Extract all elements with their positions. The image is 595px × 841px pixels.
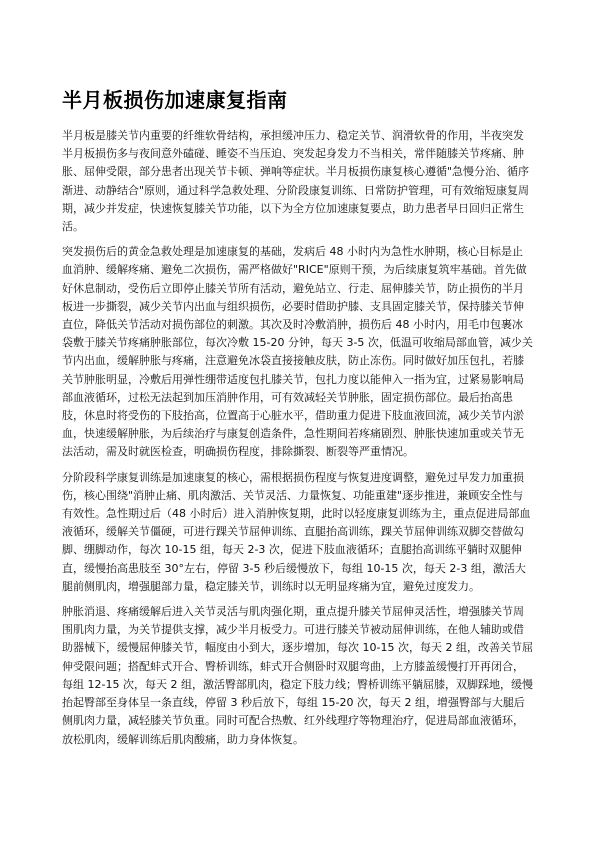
paragraph-strengthening: 肿胀消退、疼痛缓解后进入关节灵活与肌肉强化期，重点提升膝关节屈伸灵活性，增强膝关… (62, 603, 533, 749)
document-page: 半月板损伤加速康复指南 半月板是膝关节内重要的纤维软骨结构，承担缓冲压力、稳定关… (0, 0, 595, 841)
paragraph-intro: 半月板是膝关节内重要的纤维软骨结构，承担缓冲压力、稳定关节、润滑软骨的作用，半夜… (62, 127, 533, 236)
paragraph-staged-training: 分阶段科学康复训练是加速康复的核心，需根据损伤程度与恢复进度调整，避免过早发力加… (62, 469, 533, 596)
document-title: 半月板损伤加速康复指南 (62, 88, 533, 112)
document-content: 半月板损伤加速康复指南 半月板是膝关节内重要的纤维软骨结构，承担缓冲压力、稳定关… (0, 0, 595, 749)
paragraph-first-aid: 突发损伤后的黄金急救处理是加速康复的基础，发病后 48 小时内为急性水肿期，核心… (62, 243, 533, 461)
